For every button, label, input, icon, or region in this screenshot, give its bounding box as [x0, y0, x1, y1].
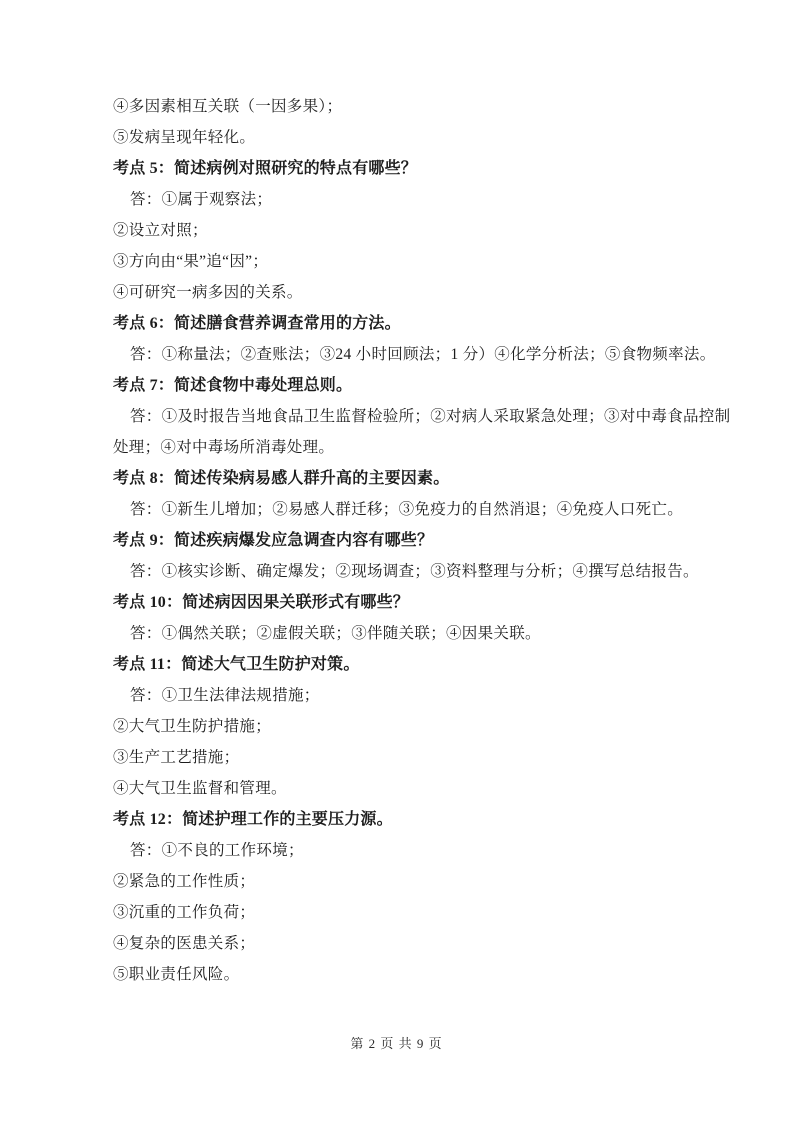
exam-point-12-item-4: ④复杂的医患关系；	[113, 928, 693, 959]
exam-point-10-answer: 答：①偶然关联；②虚假关联；③伴随关联；④因果关联。	[113, 618, 693, 649]
exam-point-8-heading: 考点 8：简述传染病易感人群升高的主要因素。	[113, 463, 693, 494]
exam-point-6-answer: 答：①称量法；②查账法；③24 小时回顾法；1 分）④化学分析法；⑤食物频率法。	[113, 339, 693, 370]
prev-answer-item-4: ④多因素相互关联（一因多果）；	[113, 91, 693, 122]
exam-point-12-answer: 答：①不良的工作环境；	[113, 835, 693, 866]
exam-point-7-heading: 考点 7：简述食物中毒处理总则。	[113, 370, 693, 401]
exam-point-11-answer: 答：①卫生法律法规措施；	[113, 680, 693, 711]
exam-point-10-heading: 考点 10：简述病因因果关联形式有哪些？	[113, 587, 693, 618]
document-page: ④多因素相互关联（一因多果）； ⑤发病呈现年轻化。 考点 5：简述病例对照研究的…	[0, 0, 793, 1122]
exam-point-8-answer: 答：①新生儿增加；②易感人群迁移；③免疫力的自然消退；④免疫人口死亡。	[113, 494, 693, 525]
exam-point-5-item-3: ③方向由“果”追“因”；	[113, 246, 693, 277]
exam-point-11-item-2: ②大气卫生防护措施；	[113, 711, 693, 742]
prev-answer-item-5: ⑤发病呈现年轻化。	[113, 122, 693, 153]
exam-point-5-answer: 答：①属于观察法；	[113, 184, 693, 215]
exam-point-11-item-4: ④大气卫生监督和管理。	[113, 773, 693, 804]
exam-point-11-item-3: ③生产工艺措施；	[113, 742, 693, 773]
exam-point-12-item-5: ⑤职业责任风险。	[113, 959, 693, 990]
exam-point-12-heading: 考点 12：简述护理工作的主要压力源。	[113, 804, 693, 835]
exam-point-7-answer: 答：①及时报告当地食品卫生监督检验所；②对病人采取紧急处理；③对中毒食品控制	[113, 401, 693, 432]
exam-point-9-answer: 答：①核实诊断、确定爆发；②现场调查；③资料整理与分析；④撰写总结报告。	[113, 556, 693, 587]
exam-point-12-item-2: ②紧急的工作性质；	[113, 866, 693, 897]
exam-point-7-answer-wrap: 处理；④对中毒场所消毒处理。	[113, 432, 693, 463]
exam-point-6-heading: 考点 6：简述膳食营养调查常用的方法。	[113, 308, 693, 339]
exam-point-11-heading: 考点 11：简述大气卫生防护对策。	[113, 649, 693, 680]
exam-point-5-item-4: ④可研究一病多因的关系。	[113, 277, 693, 308]
page-number-footer: 第 2 页 共 9 页	[0, 1036, 793, 1052]
exam-point-9-heading: 考点 9：简述疾病爆发应急调查内容有哪些？	[113, 525, 693, 556]
document-body: ④多因素相互关联（一因多果）； ⑤发病呈现年轻化。 考点 5：简述病例对照研究的…	[113, 91, 693, 990]
exam-point-5-heading: 考点 5：简述病例对照研究的特点有哪些？	[113, 153, 693, 184]
exam-point-12-item-3: ③沉重的工作负荷；	[113, 897, 693, 928]
exam-point-5-item-2: ②设立对照；	[113, 215, 693, 246]
